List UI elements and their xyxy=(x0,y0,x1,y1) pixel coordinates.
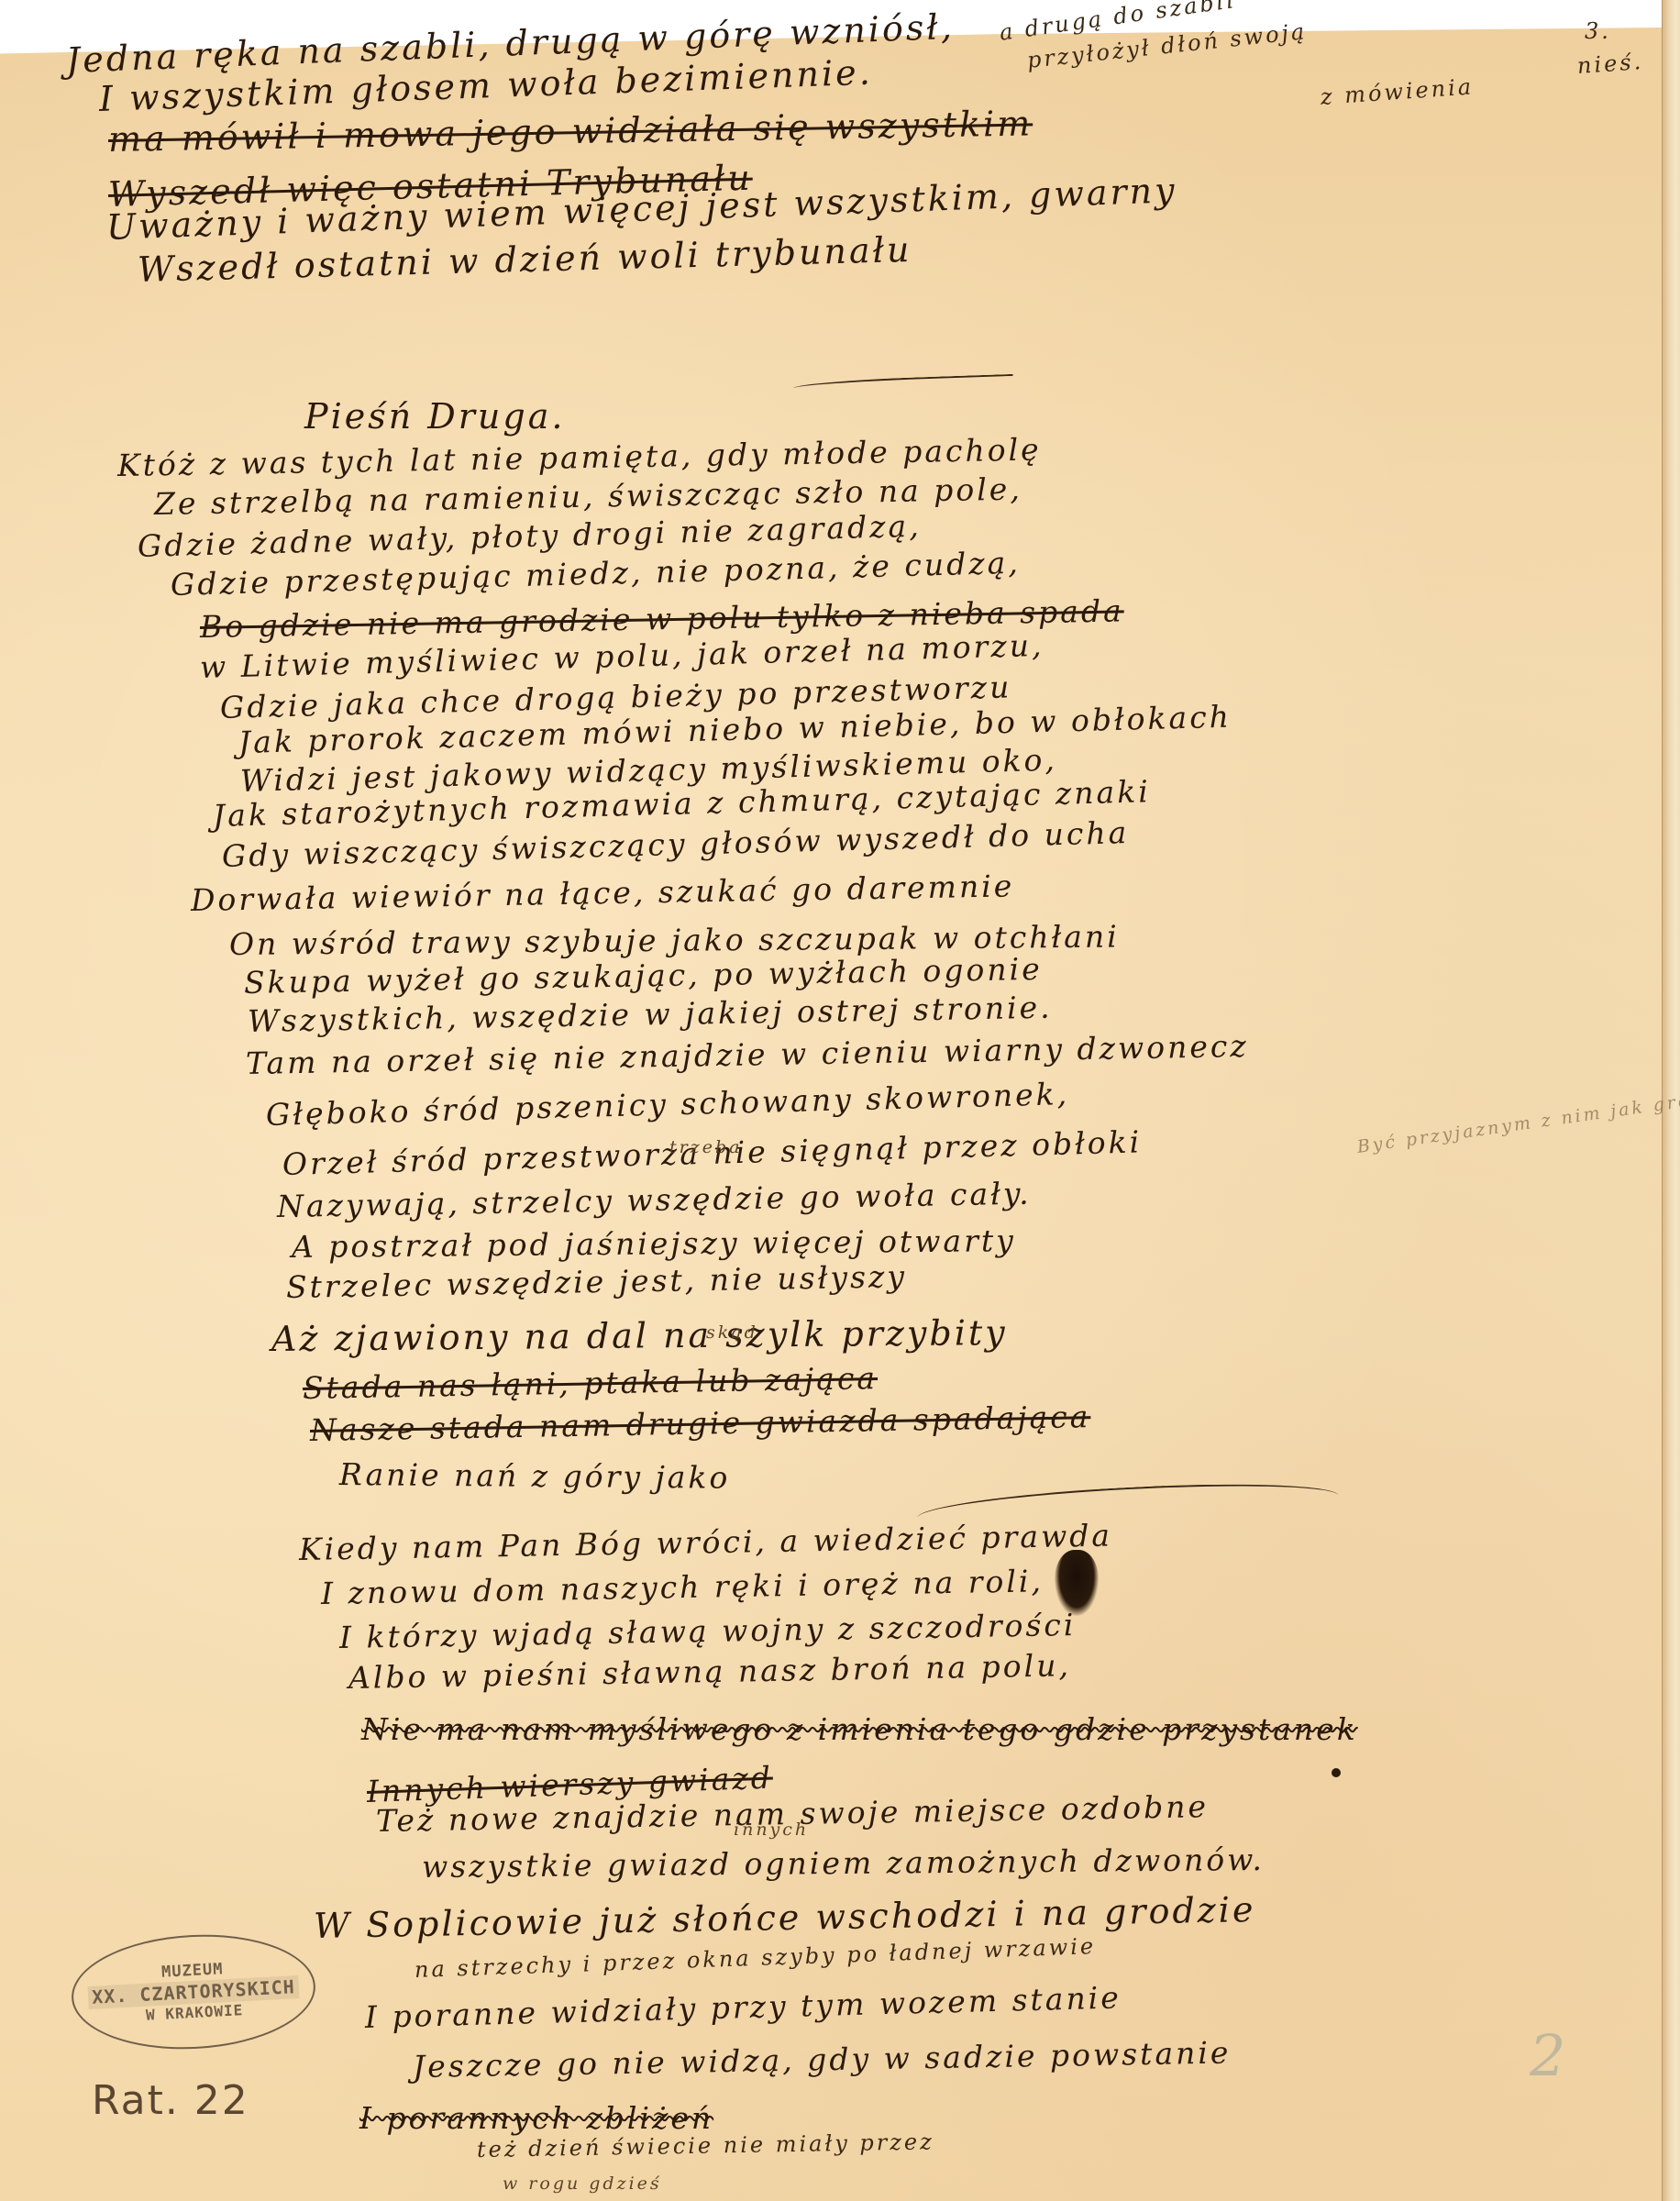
page-note: nieś. xyxy=(1576,49,1644,79)
ink-dot xyxy=(1332,1768,1341,1777)
verse-line: Ranie nań z góry jako xyxy=(339,1456,731,1496)
interlinear-insert: trzeba xyxy=(669,1137,742,1157)
pencil-mark: 2 xyxy=(1530,2022,1565,2089)
interlinear-insert: skąd xyxy=(706,1322,758,1343)
verse-line-struck: Nie ma nam myśliwego z imienia tego gdzi… xyxy=(361,1711,1358,1747)
page-number: 3. xyxy=(1585,18,1611,44)
bottom-line: w rogu gdzieś xyxy=(503,2173,662,2194)
ink-blot xyxy=(1055,1550,1099,1616)
bottom-line-struck: I porannych zbliżeń xyxy=(359,2100,713,2136)
verse-line: Aż zjawiony na dal na szylk przybity xyxy=(271,1312,1008,1359)
catalog-mark: Rat. 22 xyxy=(92,2077,249,2124)
verse-line: wszystkie gwiazd ogniem zamożnych dzwonó… xyxy=(422,1842,1265,1885)
section-title: Pieśń Druga. xyxy=(304,396,565,437)
verse-line: A postrzał pod jaśniejszy więcej otwarty xyxy=(292,1222,1016,1265)
stamp-line-3: W KRAKOWIE xyxy=(146,2001,244,2025)
